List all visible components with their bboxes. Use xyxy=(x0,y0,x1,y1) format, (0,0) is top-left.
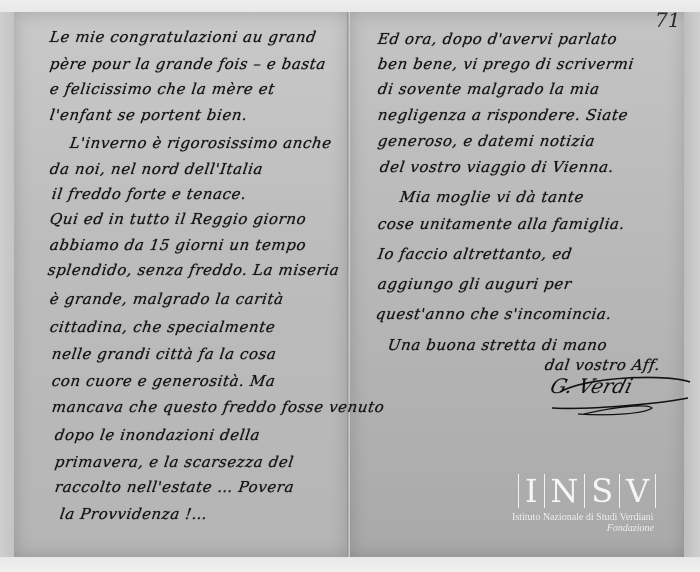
watermark-divider xyxy=(619,474,620,508)
handwritten-line: è grande, malgrado la carità xyxy=(49,290,285,308)
handwritten-line: L'inverno è rigorosissimo anche xyxy=(69,134,333,152)
handwritten-line: con cuore e generosità. Ma xyxy=(51,372,277,390)
handwritten-line: raccolto nell'estate … Povera xyxy=(54,478,296,496)
handwritten-line: la Provvidenza !… xyxy=(59,505,209,523)
watermark-divider xyxy=(584,474,585,508)
right-page-edge xyxy=(684,12,700,557)
handwritten-line: Io faccio altrettanto, ed xyxy=(377,245,574,263)
handwritten-line: generoso, e datemi notizia xyxy=(377,132,597,150)
handwritten-line: mancava che questo freddo fosse venuto xyxy=(51,398,386,416)
watermark-letter: V xyxy=(626,474,649,508)
handwritten-line: negligenza a rispondere. Siate xyxy=(377,106,630,124)
handwritten-line: Qui ed in tutto il Reggio giorno xyxy=(49,210,308,228)
handwritten-line: il freddo forte e tenace. xyxy=(51,185,248,203)
handwritten-line: Una buona stretta di mano xyxy=(387,336,609,354)
handwritten-line: père pour la grande fois – e basta xyxy=(49,55,328,73)
handwritten-line: Ed ora, dopo d'avervi parlato xyxy=(377,30,619,48)
watermark-letter: I xyxy=(525,474,538,508)
handwritten-line: di sovente malgrado la mia xyxy=(377,80,601,98)
watermark-institution-name: Istituto Nazionale di Studi Verdiani xyxy=(512,512,662,523)
watermark-logo: I N S V xyxy=(512,472,662,510)
watermark-letter: N xyxy=(550,474,578,508)
handwritten-line: del vostro viaggio di Vienna. xyxy=(379,158,616,176)
handwritten-line: da noi, nel nord dell'Italia xyxy=(49,160,265,178)
watermark-divider xyxy=(655,474,656,508)
handwritten-line: nelle grandi città fa la cosa xyxy=(51,345,278,363)
watermark-subtitle: Fondazione xyxy=(512,523,662,534)
handwritten-line: aggiungo gli auguri per xyxy=(377,275,573,293)
handwritten-line: ben bene, vi prego di scrivermi xyxy=(377,55,635,73)
handwritten-line: primavera, e la scarsezza del xyxy=(54,453,295,471)
watermark-divider xyxy=(518,474,519,508)
handwritten-line: dopo le inondazioni della xyxy=(54,426,262,444)
handwritten-line: cose unitamente alla famiglia. xyxy=(377,215,627,233)
handwritten-line: Mia moglie vi dà tante xyxy=(399,188,586,206)
handwritten-line: abbiamo da 15 giorni un tempo xyxy=(49,236,308,254)
handwritten-line: e felicissimo che la mère et xyxy=(49,80,276,98)
handwritten-line: splendido, senza freddo. La miseria xyxy=(47,261,341,279)
handwritten-line: l'enfant se portent bien. xyxy=(49,106,249,124)
insv-watermark: I N S V Istituto Nazionale di Studi Verd… xyxy=(512,472,662,534)
handwritten-line: Le mie congratulazioni au grand xyxy=(49,28,318,46)
watermark-letter: S xyxy=(591,474,613,508)
page-number: 71 xyxy=(655,8,680,32)
handwritten-line: cittadina, che specialmente xyxy=(49,318,277,336)
signature: G. Verdi xyxy=(548,374,636,398)
watermark-divider xyxy=(544,474,545,508)
handwritten-line: quest'anno che s'incomincia. xyxy=(375,305,613,323)
